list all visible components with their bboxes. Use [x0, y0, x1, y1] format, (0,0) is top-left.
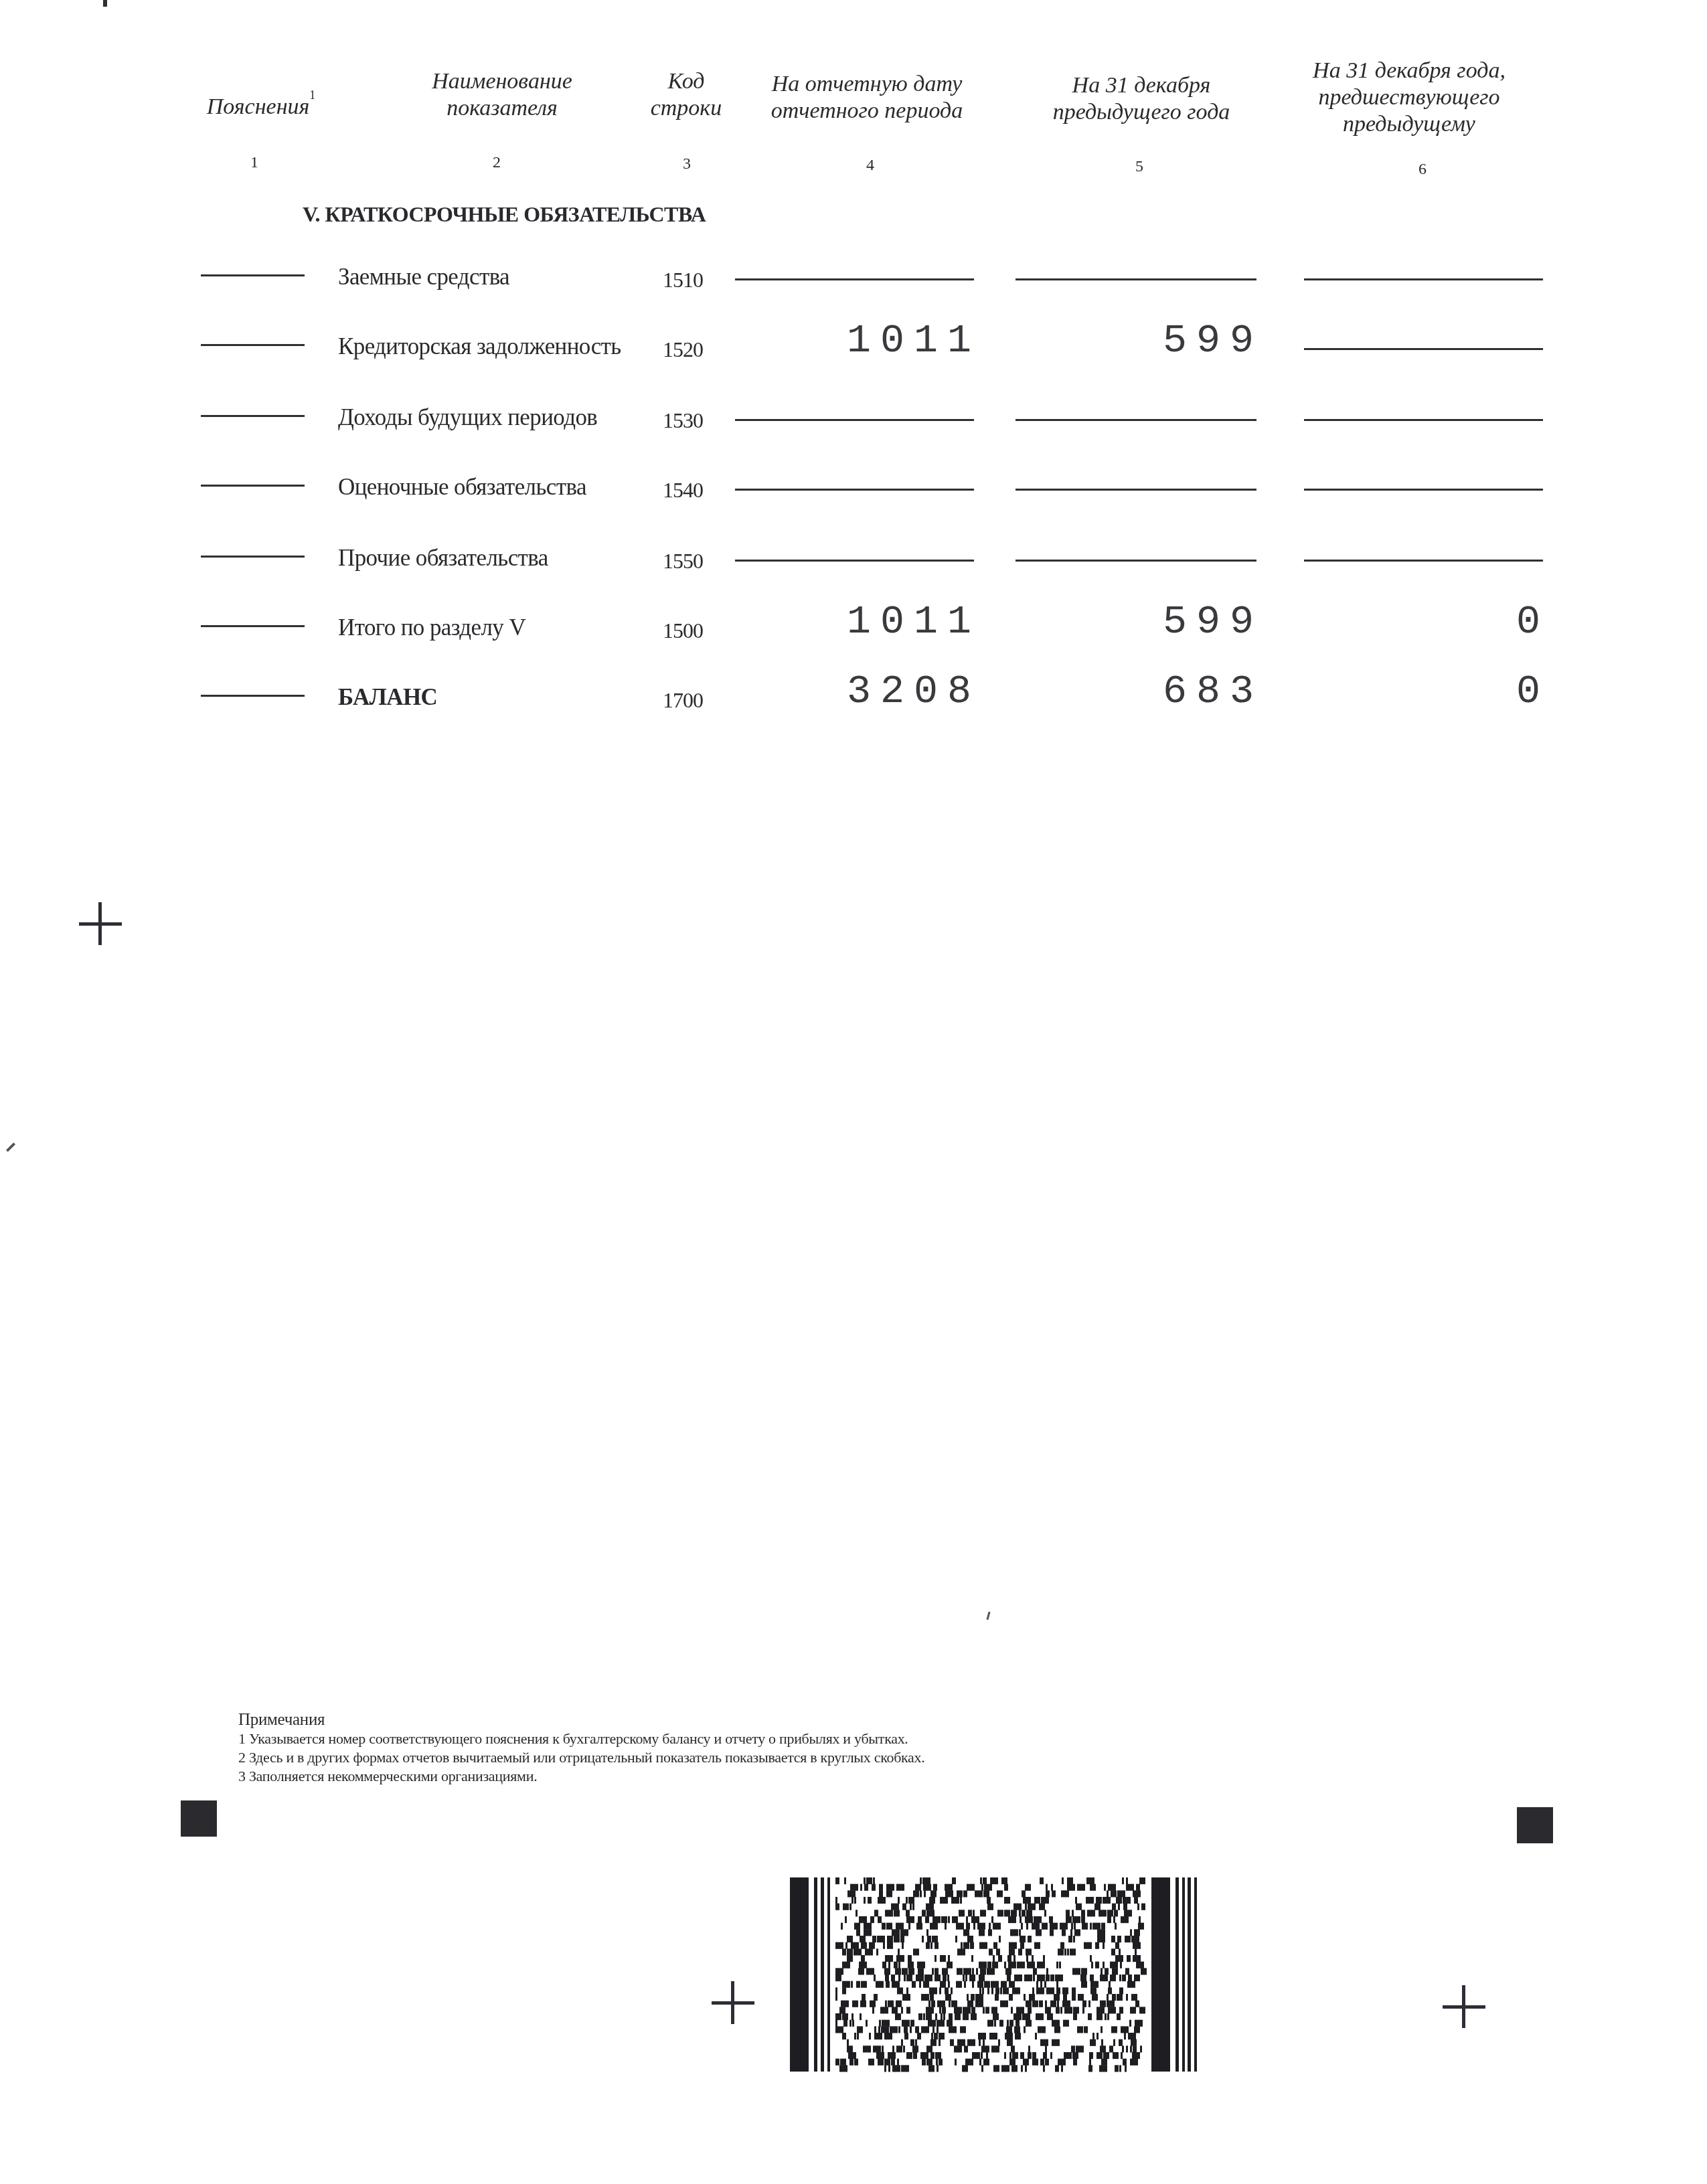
explanation-dash: [201, 695, 305, 697]
row-label: Кредиторская задолженность: [338, 333, 621, 360]
scan-mark: [6, 1143, 15, 1152]
explanation-dash: [201, 625, 305, 627]
alignment-square-right: [1517, 1807, 1553, 1843]
row-value-prev-year: 599: [1015, 319, 1263, 364]
row-code: 1520: [663, 337, 703, 362]
footnote-ref: 1: [309, 88, 315, 102]
empty-value-dash: [735, 489, 974, 491]
empty-value-dash: [1304, 278, 1543, 280]
header-indicator-name: Наименование показателя: [402, 68, 602, 122]
column-number: 5: [1119, 158, 1159, 176]
row-label: Итого по разделу V: [338, 614, 525, 641]
empty-value-dash: [1304, 560, 1543, 562]
empty-value-dash: [1015, 419, 1256, 421]
row-label: Прочие обязательства: [338, 545, 548, 572]
row-value-current: 1011: [735, 319, 981, 364]
row-label: Заемные средства: [338, 264, 509, 290]
empty-value-dash: [1304, 348, 1543, 350]
row-code: 1500: [663, 618, 703, 643]
row-code: 1700: [663, 688, 703, 713]
footnotes-title: Примечания: [238, 1711, 1175, 1730]
footnotes: Примечания 1 Указывается номер соответст…: [238, 1711, 1175, 1786]
footnote-item: 3 Заполняется некоммерческими организаци…: [238, 1767, 1175, 1786]
column-number: 1: [234, 154, 274, 172]
pdf417-barcode-icon: [790, 1877, 1205, 2078]
header-current-period: На отчетную дату отчетного периода: [743, 71, 991, 124]
explanation-dash: [201, 274, 305, 276]
row-label: Оценочные обязательства: [338, 474, 586, 501]
row-value-current: 3208: [735, 669, 981, 715]
empty-value-dash: [1304, 489, 1543, 491]
column-number: 3: [667, 155, 707, 173]
registration-cross-bottom-right: [1443, 1985, 1485, 2028]
row-value-prev-prev-year: 0: [1304, 600, 1550, 645]
row-value-prev-year: 599: [1015, 600, 1263, 645]
registration-mark-top: [103, 0, 107, 7]
empty-value-dash: [735, 278, 974, 280]
column-number: 2: [477, 154, 517, 172]
empty-value-dash: [1015, 489, 1256, 491]
section-title: V. КРАТКОСРОЧНЫЕ ОБЯЗАТЕЛЬСТВА: [303, 202, 706, 227]
row-code: 1510: [663, 268, 703, 292]
registration-cross-left: [79, 902, 122, 945]
row-code: 1530: [663, 408, 703, 433]
explanation-dash: [201, 556, 305, 558]
header-prev-year: На 31 декабря предыдущего года: [1018, 72, 1265, 126]
column-number: 6: [1402, 161, 1443, 179]
empty-value-dash: [1304, 419, 1543, 421]
row-value-prev-year: 683: [1015, 669, 1263, 715]
empty-value-dash: [1015, 278, 1256, 280]
row-value-prev-prev-year: 0: [1304, 669, 1550, 715]
footnote-item: 2 Здесь и в других формах отчетов вычита…: [238, 1748, 1175, 1767]
empty-value-dash: [1015, 560, 1256, 562]
alignment-square-left: [181, 1800, 217, 1837]
row-value-current: 1011: [735, 600, 981, 645]
column-number: 4: [850, 157, 890, 175]
row-code: 1550: [663, 549, 703, 574]
empty-value-dash: [735, 419, 974, 421]
row-code: 1540: [663, 478, 703, 503]
header-prev-prev-year: На 31 декабря года, предшествующего пред…: [1285, 58, 1533, 138]
header-explanations: Пояснения1: [201, 82, 321, 120]
explanation-dash: [201, 415, 305, 417]
scan-mark: [986, 1612, 990, 1620]
explanation-dash: [201, 485, 305, 487]
footnote-item: 1 Указывается номер соответствующего поя…: [238, 1730, 1175, 1748]
row-label: Доходы будущих периодов: [338, 404, 597, 431]
explanation-dash: [201, 344, 305, 346]
header-line-code: Код строки: [636, 68, 736, 122]
empty-value-dash: [735, 560, 974, 562]
registration-cross-bottom-left: [712, 1981, 754, 2024]
row-label: БАЛАНС: [338, 684, 437, 711]
